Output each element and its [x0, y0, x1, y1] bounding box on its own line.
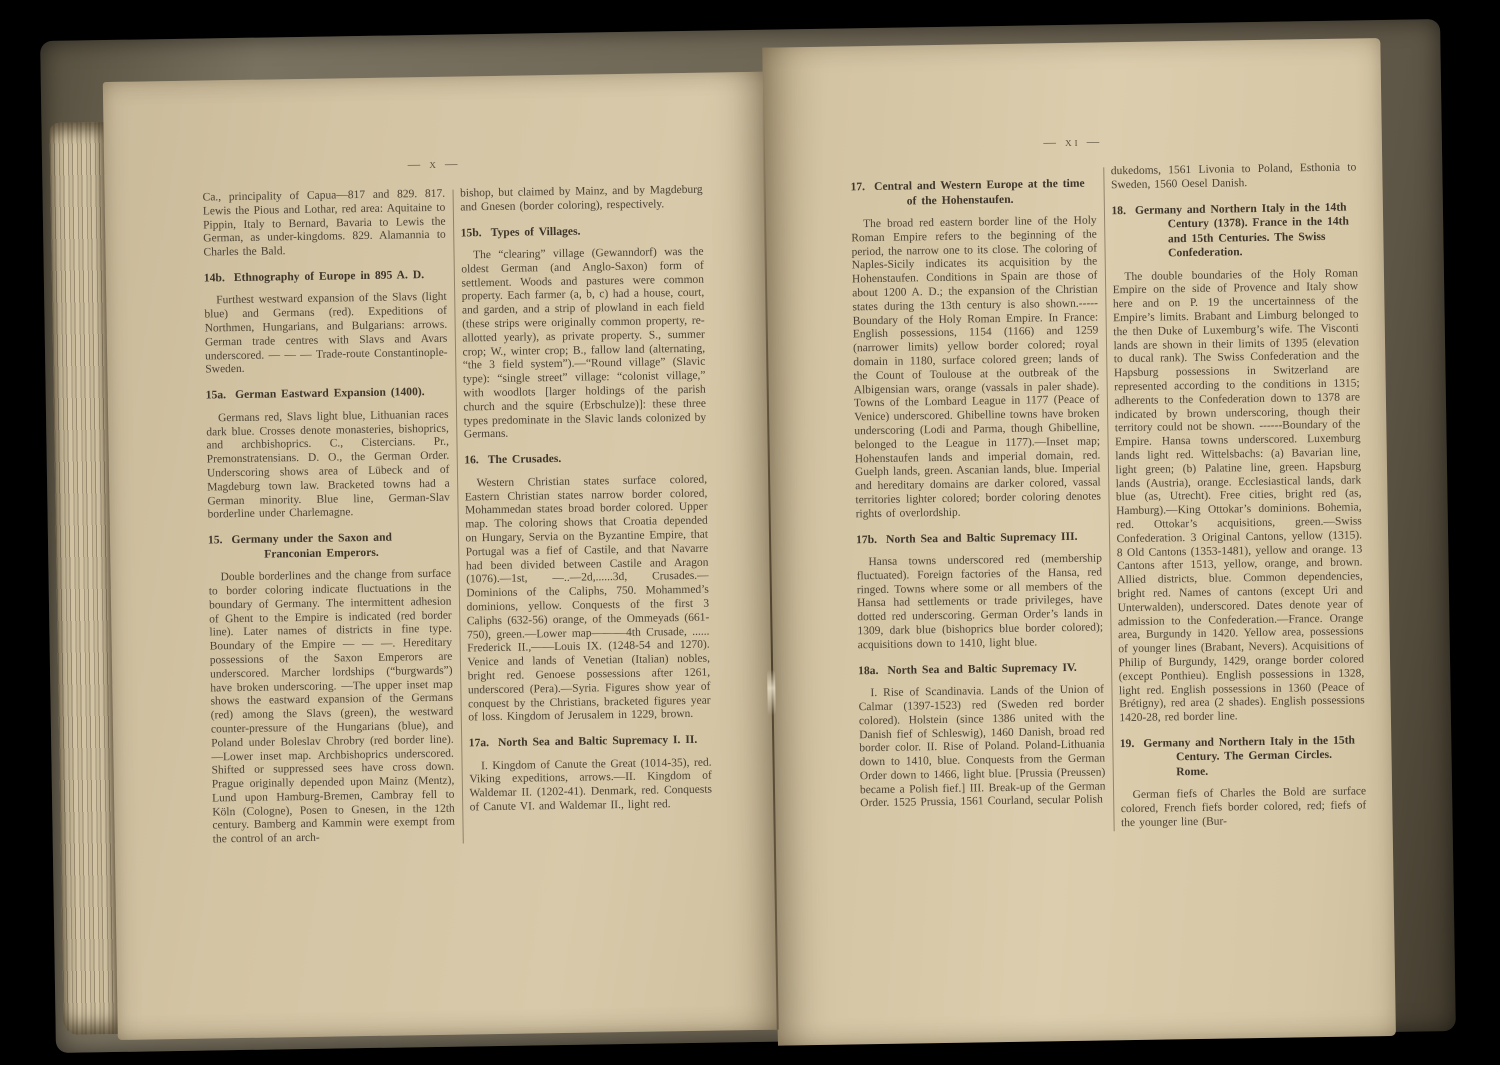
section-number: 19. [1120, 737, 1135, 750]
paragraph-16: Western Christian states surface colored… [465, 473, 711, 725]
section-title: Germany under the Saxon and Franconian E… [231, 531, 392, 561]
section-number: 16. [464, 453, 479, 466]
heading-15a: 15a.German Eastward Expansion (1400). [206, 385, 449, 403]
heading-18a: 18a.North Sea and Baltic Supremacy IV. [858, 660, 1104, 678]
heading-15: 15.Germany under the Saxon and Franconia… [208, 530, 451, 563]
section-number: 18a. [858, 664, 878, 677]
right-page-columns: 17.Central and Western Europe at the tim… [764, 145, 1393, 836]
section-number: 17. [850, 180, 865, 193]
paragraph-capua: Ca., principality of Capua—817 and 829. … [203, 188, 447, 261]
section-title: Germany and Northern Italy in the 14th C… [1135, 200, 1349, 259]
page-left: — x — Ca., principality of Capua—817 and… [103, 72, 778, 1040]
page-right: — xi — 17.Central and Western Europe at … [762, 38, 1396, 1046]
section-number: 15b. [461, 226, 482, 239]
left-page-column-1: Ca., principality of Capua—817 and 829. … [203, 188, 456, 848]
section-number: 15. [208, 533, 223, 546]
heading-19: 19.Germany and Northern Italy in the 15t… [1120, 733, 1366, 780]
section-title: North Sea and Baltic Supremacy IV. [887, 660, 1076, 676]
paragraph-14b: Furthest westward expansion of the Slavs… [204, 291, 448, 378]
heading-14b: 14b.Ethnography of Europe in 895 A. D. [204, 268, 447, 286]
paragraph-19: German fiefs of Charles the Bold are sur… [1121, 786, 1367, 831]
section-title: Germany and Northern Italy in the 15th C… [1143, 733, 1355, 778]
paragraph-15b: The “clearing” village (Gewanndorf) was … [461, 246, 707, 443]
paragraph-15: Double borderlines and the change from s… [208, 568, 455, 848]
section-title: The Crusades. [488, 452, 562, 466]
paragraph-15a: Germans red, Slavs light blue, Lithuania… [206, 408, 450, 522]
paragraph-18a: I. Rise of Scandinavia. Lands of the Uni… [858, 684, 1105, 812]
paragraph-18a-cont: dukedoms, 1561 Livonia to Poland, Esthon… [1111, 161, 1357, 192]
section-title: North Sea and Baltic Supremacy III. [886, 529, 1078, 545]
section-number: 15a. [206, 388, 226, 401]
heading-15b: 15b.Types of Villages. [461, 222, 704, 240]
photo-background: — x — Ca., principality of Capua—817 and… [0, 0, 1500, 1065]
section-title: Types of Villages. [491, 224, 581, 238]
section-number: 14b. [204, 271, 225, 284]
paragraph-17a: I. Kingdom of Canute the Great (1014-35)… [469, 756, 712, 815]
paragraph-17b: Hansa towns underscored red (membership … [856, 552, 1103, 652]
section-title: Central and Western Europe at the time o… [874, 177, 1085, 207]
section-number: 18. [1111, 204, 1126, 217]
section-title: Ethnography of Europe in 895 A. D. [234, 268, 424, 284]
section-number: 17a. [469, 736, 489, 749]
book: — x — Ca., principality of Capua—817 and… [40, 19, 1456, 1053]
heading-17: 17.Central and Western Europe at the tim… [850, 176, 1096, 209]
section-title: North Sea and Baltic Supremacy I. II. [498, 733, 697, 749]
paragraph-15-cont: bishop, but claimed by Mainz, and by Mag… [460, 184, 703, 215]
right-page-column-2: dukedoms, 1561 Livonia to Poland, Esthon… [1111, 161, 1367, 831]
heading-16: 16.The Crusades. [464, 450, 707, 468]
left-page-column-2: bishop, but claimed by Mainz, and by Mag… [460, 184, 713, 844]
heading-17a: 17a.North Sea and Baltic Supremacy I. II… [469, 733, 712, 751]
section-title: German Eastward Expansion (1400). [235, 385, 425, 401]
right-page-column-1: 17.Central and Western Europe at the tim… [850, 165, 1106, 835]
heading-17b: 17b.North Sea and Baltic Supremacy III. [856, 529, 1102, 547]
left-page-columns: Ca., principality of Capua—817 and 829. … [104, 167, 774, 849]
section-number: 17b. [856, 533, 877, 546]
heading-18: 18.Germany and Northern Italy in the 14t… [1111, 200, 1357, 262]
paragraph-18: The double boundaries of the Holy Roman … [1112, 267, 1365, 726]
paragraph-17: The broad red eastern border line of the… [851, 214, 1101, 521]
binding-stitch [767, 670, 776, 716]
